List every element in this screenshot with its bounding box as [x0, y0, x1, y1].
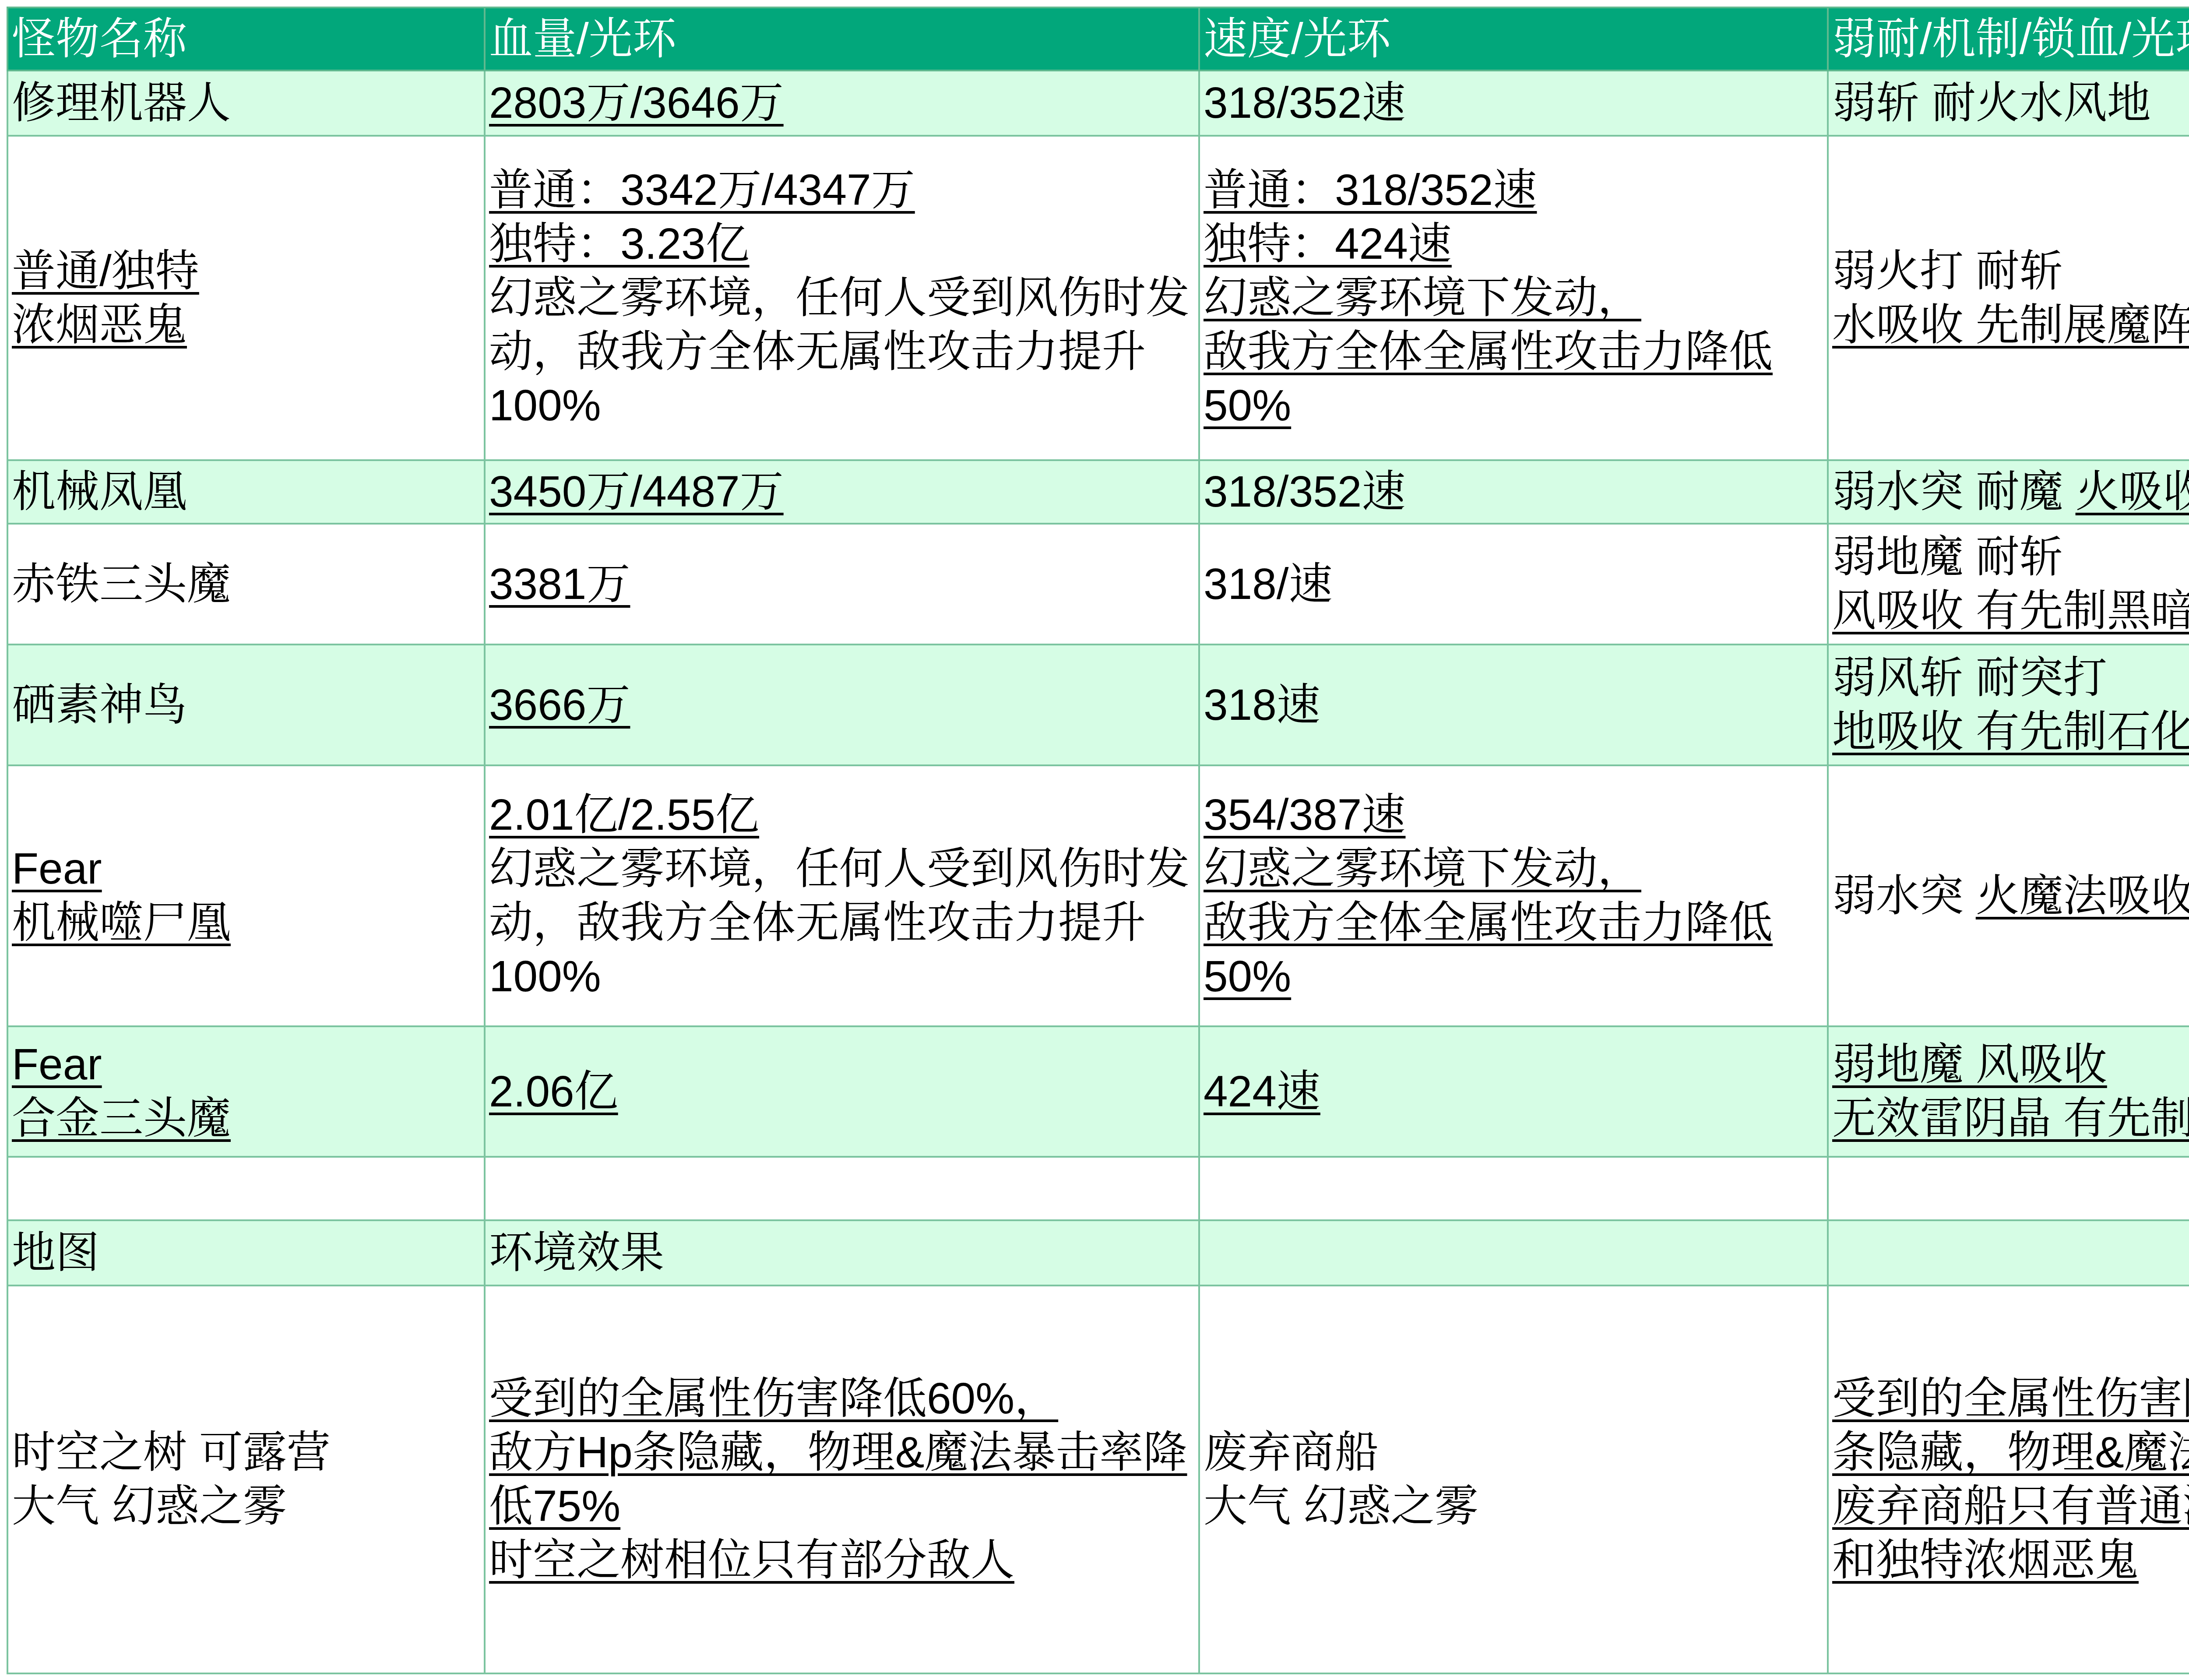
monster-table: 怪物名称 血量/光环 速度/光环 弱耐/机制/锁血/光环 修理机器人 2803万…: [7, 7, 2189, 1674]
cell-hp[interactable]: 2.01亿/2.55亿 幻惑之雾环境，任何人受到风伤时发动，敌我方全体无属性攻击…: [485, 765, 1199, 1026]
cell-map-effect[interactable]: 受到的全属性伤害降低60%， 敌方Hp条隐藏，物理&魔法暴击率降低75% 时空之…: [485, 1286, 1199, 1673]
header-row: 怪物名称 血量/光环 速度/光环 弱耐/机制/锁血/光环: [7, 7, 2189, 70]
cell-speed[interactable]: 424速: [1199, 1026, 1828, 1157]
cell-speed[interactable]: 318速: [1199, 645, 1828, 765]
cell-weakness[interactable]: 弱火打 耐斩 水吸收 先制展魔阵: [1828, 136, 2189, 460]
cell-hp[interactable]: 2803万/3646万: [485, 70, 1199, 136]
map-header-cell[interactable]: 地图: [7, 1220, 485, 1286]
cell-map-name[interactable]: 时空之树 可露营 大气 幻惑之雾: [7, 1286, 485, 1673]
cell-name[interactable]: 赤铁三头魔: [7, 524, 485, 645]
cell-weakness[interactable]: 弱水突 火魔法吸收: [1828, 765, 2189, 1026]
cell-weakness[interactable]: 弱斩 耐火水风地: [1828, 70, 2189, 136]
empty-row: [7, 1157, 2189, 1220]
empty-cell[interactable]: [1199, 1157, 1828, 1220]
cell-hp[interactable]: 2.06亿: [485, 1026, 1199, 1157]
map-effect-header-cell[interactable]: 环境效果: [485, 1220, 1199, 1286]
cell-weakness[interactable]: 弱水突 耐魔 火吸收: [1828, 460, 2189, 524]
empty-cell[interactable]: [1828, 1220, 2189, 1286]
table-row: Fear 合金三头魔 2.06亿 424速 弱地魔 风吸收 无效雷阴晶 有先制黑…: [7, 1026, 2189, 1157]
cell-speed[interactable]: 318/352速: [1199, 460, 1828, 524]
table-row: 修理机器人 2803万/3646万 318/352速 弱斩 耐火水风地: [7, 70, 2189, 136]
cell-name[interactable]: Fear 机械噬尸凰: [7, 765, 485, 1026]
empty-cell[interactable]: [7, 1157, 485, 1220]
header-cell-speed[interactable]: 速度/光环: [1199, 7, 1828, 70]
cell-name[interactable]: 普通/独特 浓烟恶鬼: [7, 136, 485, 460]
cell-weakness[interactable]: 弱风斩 耐突打 地吸收 有先制石化: [1828, 645, 2189, 765]
cell-weakness[interactable]: 弱地魔 风吸收 无效雷阴晶 有先制黑暗: [1828, 1026, 2189, 1157]
table-row: 硒素神鸟 3666万 318速 弱风斩 耐突打 地吸收 有先制石化: [7, 645, 2189, 765]
header-cell-hp[interactable]: 血量/光环: [485, 7, 1199, 70]
cell-speed[interactable]: 普通：318/352速 独特：424速 幻惑之雾环境下发动， 敌我方全体全属性攻…: [1199, 136, 1828, 460]
cell-hp[interactable]: 3666万: [485, 645, 1199, 765]
table-row: 普通/独特 浓烟恶鬼 普通：3342万/4347万 独特：3.23亿 幻惑之雾环…: [7, 136, 2189, 460]
map-row: 时空之树 可露营 大气 幻惑之雾 受到的全属性伤害降低60%， 敌方Hp条隐藏，…: [7, 1286, 2189, 1673]
empty-cell[interactable]: [1828, 1157, 2189, 1220]
header-cell-weakness[interactable]: 弱耐/机制/锁血/光环: [1828, 7, 2189, 70]
cell-weakness[interactable]: 弱地魔 耐斩 风吸收 有先制黑暗: [1828, 524, 2189, 645]
table-row: 赤铁三头魔 3381万 318/速 弱地魔 耐斩 风吸收 有先制黑暗: [7, 524, 2189, 645]
cell-name[interactable]: 修理机器人: [7, 70, 485, 136]
empty-cell[interactable]: [485, 1157, 1199, 1220]
cell-name[interactable]: Fear 合金三头魔: [7, 1026, 485, 1157]
header-cell-name[interactable]: 怪物名称: [7, 7, 485, 70]
empty-cell[interactable]: [1199, 1220, 1828, 1286]
map-header-row: 地图 环境效果: [7, 1220, 2189, 1286]
cell-map-effect[interactable]: 受到的全属性伤害降低60%，敌方Hp 条隐藏，物理&魔法暴击率降低75% 废弃商…: [1828, 1286, 2189, 1673]
table-row: Fear 机械噬尸凰 2.01亿/2.55亿 幻惑之雾环境，任何人受到风伤时发动…: [7, 765, 2189, 1026]
cell-speed[interactable]: 318/速: [1199, 524, 1828, 645]
cell-speed[interactable]: 354/387速 幻惑之雾环境下发动， 敌我方全体全属性攻击力降低50%: [1199, 765, 1828, 1026]
cell-hp[interactable]: 3450万/4487万: [485, 460, 1199, 524]
cell-hp[interactable]: 3381万: [485, 524, 1199, 645]
cell-map-name[interactable]: 废弃商船 大气 幻惑之雾: [1199, 1286, 1828, 1673]
cell-hp[interactable]: 普通：3342万/4347万 独特：3.23亿 幻惑之雾环境，任何人受到风伤时发…: [485, 136, 1199, 460]
table-row: 机械凤凰 3450万/4487万 318/352速 弱水突 耐魔 火吸收: [7, 460, 2189, 524]
cell-name[interactable]: 机械凤凰: [7, 460, 485, 524]
cell-name[interactable]: 硒素神鸟: [7, 645, 485, 765]
cell-speed[interactable]: 318/352速: [1199, 70, 1828, 136]
